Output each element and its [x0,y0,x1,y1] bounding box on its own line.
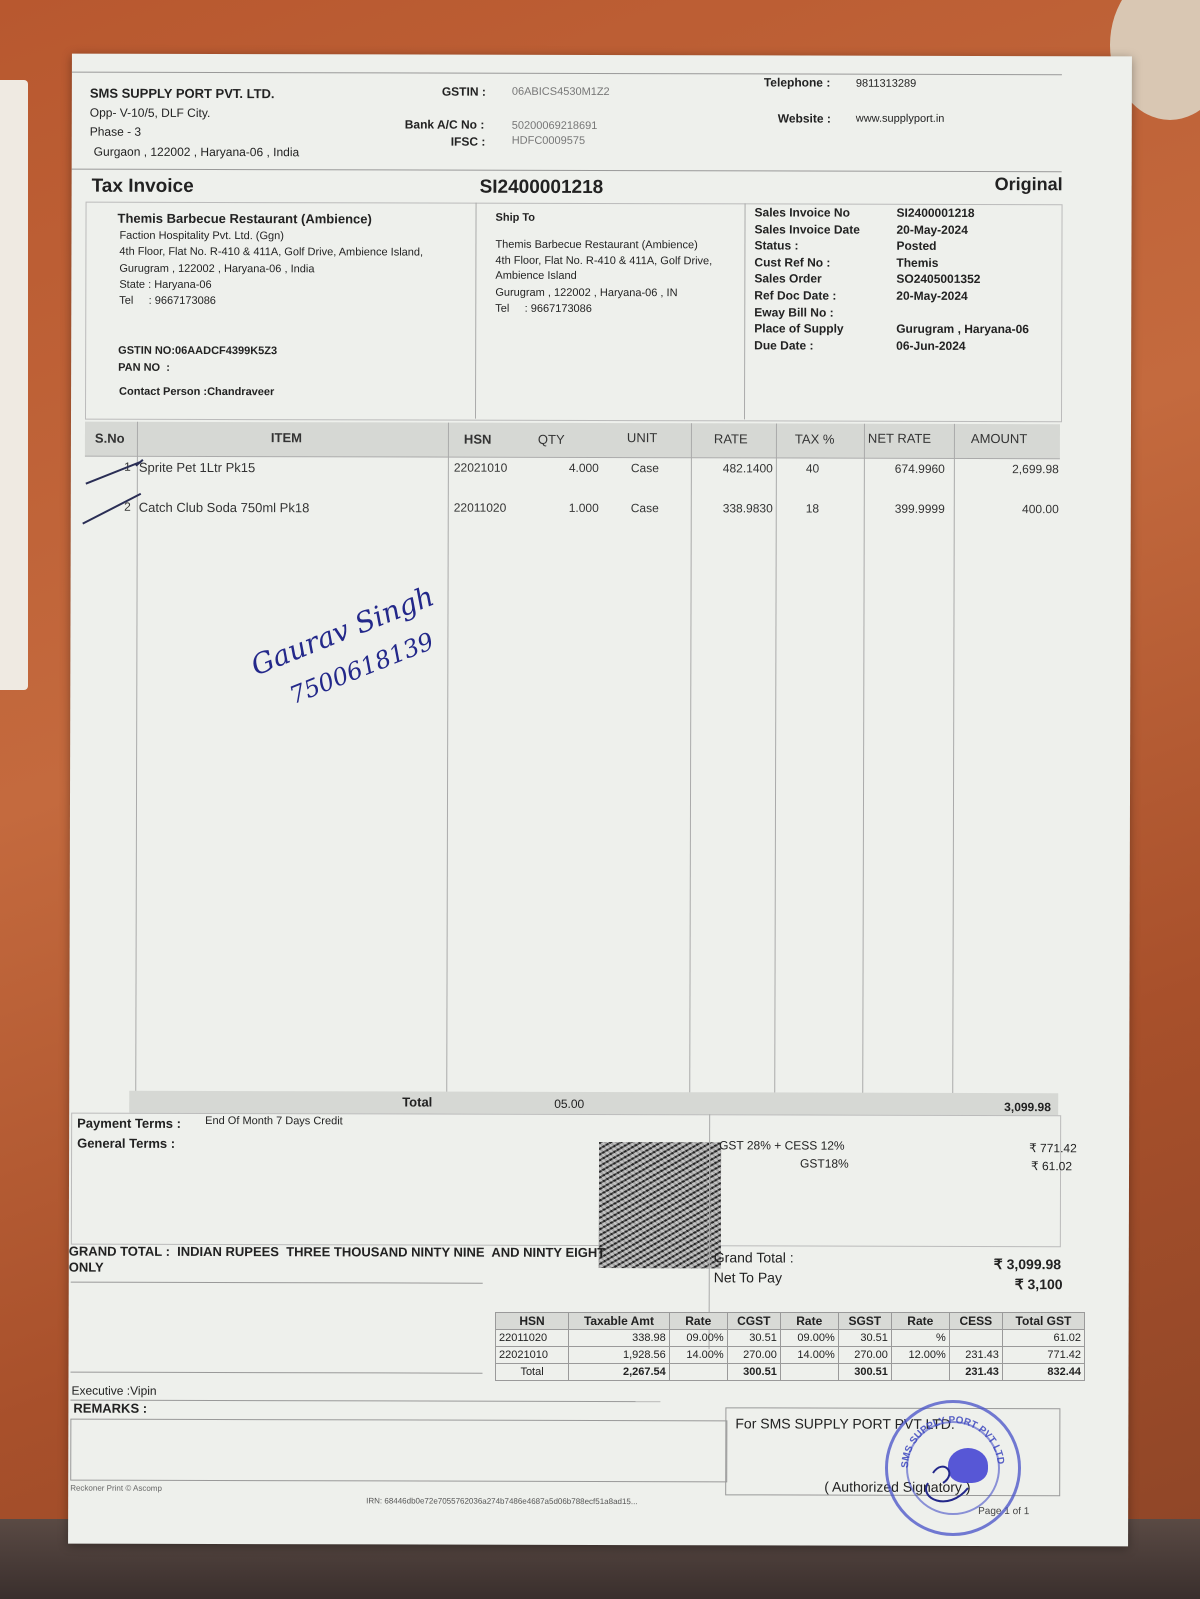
col-header-amount: AMOUNT [971,431,1027,446]
item-cell-amount: 400.00 [971,502,1059,516]
invoice-number: SI2400001218 [480,177,604,199]
company-stamp: SMS SUPPLY PORT PVT LTD [885,1400,1021,1536]
general-terms-label: General Terms : [77,1136,175,1151]
contact-person: Contact Person :Chandraveer [119,386,274,398]
meta-label: Status : [754,239,798,253]
seller-address-1: Opp- V-10/5, DLF City. [90,106,211,120]
meta-label: Ref Doc Date : [754,288,836,302]
qr-code [599,1142,721,1268]
tax-summary-value-1: ₹ 771.42 [1029,1141,1077,1155]
background-paper-edge [0,80,28,690]
meta-label: Cust Ref No : [754,255,830,269]
item-cell-tax: 18 [806,502,836,516]
meta-value: 20-May-2024 [896,222,967,236]
meta-value: Themis [896,256,938,270]
ifsc-label: IFSC : [451,135,486,149]
item-cell-item: Catch Club Soda 750ml Pk18 [139,500,439,516]
col-header-rate: RATE [714,431,748,446]
bill-to-line: 4th Floor, Flat No. R-410 & 411A, Golf D… [119,246,423,259]
item-cell-unit: Case [631,461,671,475]
item-cell-net_rate: 674.9960 [861,462,945,476]
item-cell-hsn: 22021010 [454,461,524,475]
total-row-bg [129,1091,1058,1115]
col-header-hsn: HSN [464,432,491,447]
copy-label: Original [995,174,1063,195]
grand-total-words: GRAND TOTAL : INDIAN RUPEES THREE THOUSA… [69,1244,605,1260]
total-amount: 3,099.98 [1004,1100,1051,1114]
gst-col-header: Rate [891,1313,949,1330]
col-header-unit: UNIT [627,430,657,445]
col-header-qty: QTY [538,432,565,447]
col-header-tax: TAX % [795,432,835,447]
item-cell-tax: 40 [806,462,836,476]
bill-to-name: Themis Barbecue Restaurant (Ambience) [118,211,372,227]
tax-summary-label-1: GST 28% + CESS 12% [719,1138,845,1152]
seller-website[interactable]: www.supplyport.in [856,113,945,125]
bill-to-pan: PAN NO : [118,362,170,374]
items-body: 1Sprite Pet 1Ltr Pk15220210104.000Case48… [72,54,1132,57]
tax-summary-value-2: ₹ 61.02 [1031,1159,1072,1173]
meta-label: Place of Supply [754,322,843,336]
ship-to-line: 4th Floor, Flat No. R-410 & 411A, Golf D… [495,255,712,268]
seller-address-3: Gurgaon , 122002 , Haryana-06 , India [94,145,300,160]
item-cell-rate: 338.9830 [691,501,773,515]
meta-label: Sales Invoice Date [754,222,859,236]
meta-label: Sales Invoice No [755,205,850,219]
bank-label: Bank A/C No : [405,117,485,131]
meta-value: SI2400001218 [897,206,975,220]
bank-account: 50200069218691 [512,120,598,132]
item-cell-hsn: 22011020 [454,501,524,515]
website-label: Website : [778,111,831,125]
item-cell-net_rate: 399.9999 [861,502,945,516]
bill-to-gstin: GSTIN NO:06AADCF4399K5Z3 [118,345,277,357]
seller-address-2: Phase - 3 [90,125,141,139]
ship-to-line: Tel : 9667173086 [495,303,592,315]
bill-to-line: State : Haryana-06 [119,279,211,291]
gst-col-header: CESS [949,1313,1002,1330]
print-credit: Reckoner Print © Ascomp [70,1484,162,1493]
net-to-pay-value: ₹ 3,100 [1015,1276,1063,1293]
remarks-box [70,1419,727,1483]
gst-col-header: CGST [727,1313,780,1330]
ship-to-line: Themis Barbecue Restaurant (Ambience) [495,239,697,252]
payment-terms-value: End Of Month 7 Days Credit [205,1115,343,1127]
telephone-label: Telephone : [764,75,830,89]
total-qty: 05.00 [554,1097,584,1111]
pen-tick-marks [81,454,171,529]
gst-breakup-table: HSNTaxable AmtRateCGSTRateSGSTRateCESSTo… [495,1312,1085,1381]
ship-to-line: Gurugram , 122002 , Haryana-06 , IN [495,287,677,299]
net-to-pay-label: Net To Pay [714,1269,782,1285]
seller-gstin: 06ABICS4530M1Z2 [512,86,610,98]
ship-to-label: Ship To [496,212,536,224]
grand-total-value: ₹ 3,099.98 [994,1256,1061,1273]
irn-number: IRN: 68446db0e72e7055762036a274b7486e468… [366,1496,637,1506]
executive: Executive :Vipin [71,1384,156,1398]
ship-to-line: Ambience Island [495,270,576,282]
meta-label: Eway Bill No : [754,305,833,319]
total-label: Total [402,1094,432,1109]
item-cell-item: Sprite Pet 1Ltr Pk15 [139,460,439,476]
gst-row: 22011020338.9809.00%30.5109.00%30.51%61.… [496,1330,1085,1347]
gst-col-header: Taxable Amt [569,1313,670,1330]
gst-col-header: SGST [838,1313,891,1330]
item-cell-qty: 4.000 [541,461,599,475]
terms-box [71,1113,1061,1248]
svg-text:SMS SUPPLY PORT PVT LTD: SMS SUPPLY PORT PVT LTD [900,1415,1006,1468]
gstin-label: GSTIN : [442,85,486,99]
meta-value: SO2405001352 [896,272,980,286]
tax-summary-label-2: GST18% [800,1157,849,1171]
payment-terms-label: Payment Terms : [77,1116,181,1131]
bill-to-line: Faction Hospitality Pvt. Ltd. (Ggn) [119,230,283,242]
item-cell-qty: 1.000 [541,501,599,515]
meta-value: Gurugram , Haryana-06 [896,322,1029,336]
remarks-label: REMARKS : [73,1401,147,1416]
bill-to-line: Gurugram , 122002 , Haryana-06 , India [119,263,314,276]
col-header-item: ITEM [271,430,302,445]
item-cell-unit: Case [631,501,671,515]
seller-telephone: 9811313289 [856,78,916,90]
meta-label: Due Date : [754,338,813,352]
meta-value: 20-May-2024 [896,289,967,303]
meta-label: Sales Order [754,272,821,286]
bill-to-line: Tel : 9667173086 [119,295,216,307]
grand-total-label: Grand Total : [714,1249,794,1265]
meta-value: Posted [896,239,936,253]
item-cell-rate: 482.1400 [691,461,773,475]
gst-total-row: Total2,267.54300.51300.51231.43832.44 [496,1364,1085,1381]
gst-col-header: Rate [669,1313,727,1330]
item-cell-amount: 2,699.98 [971,462,1059,476]
document-title: Tax Invoice [92,176,194,198]
gst-row: 220210101,928.5614.00%270.0014.00%270.00… [496,1347,1085,1364]
meta-value: 06-Jun-2024 [896,339,965,353]
gst-col-header: Total GST [1002,1313,1084,1330]
col-header-sno: S.No [95,431,125,446]
gst-col-header: Rate [780,1313,838,1330]
seller-name: SMS SUPPLY PORT PVT. LTD. [90,86,275,101]
grand-total-words-2: ONLY [69,1260,104,1275]
ifsc-code: HDFC0009575 [512,135,585,147]
col-header-net-rate: NET RATE [868,431,931,446]
gst-col-header: HSN [496,1313,569,1330]
